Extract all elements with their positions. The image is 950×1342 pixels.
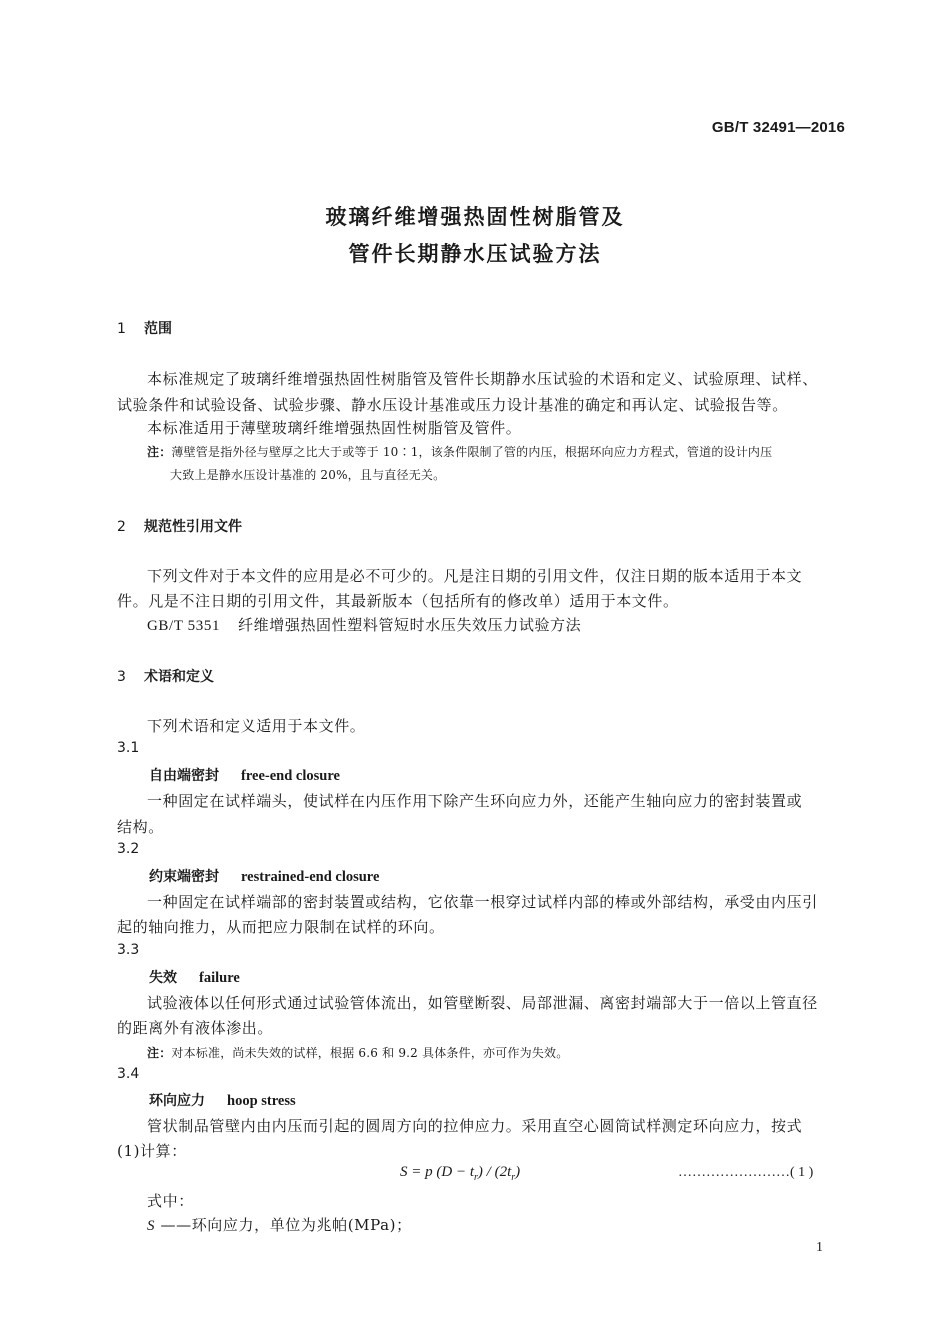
term-en: hoop stress — [227, 1093, 296, 1109]
term-definition-line-2: (1)计算： — [117, 1140, 187, 1161]
term-definition-line-2: 的距离外有液体渗出。 — [117, 1017, 273, 1038]
variable-definition: S ——环向应力，单位为兆帕(MPa)； — [147, 1214, 412, 1235]
terms-intro: 下列术语和定义适用于本文件。 — [147, 715, 365, 736]
references-paragraph-line-2: 件。凡是不注日期的引用文件，其最新版本（包括所有的修改单）适用于本文件。 — [117, 590, 679, 611]
term-en: free-end closure — [241, 768, 340, 784]
term-definition-line-1: 管状制品管壁内由内压而引起的圆周方向的拉伸应力。采用直空心圆筒试样测定环向应力，… — [147, 1115, 802, 1136]
reference-code: GB/T 5351 — [147, 618, 220, 634]
section-number: 1 — [117, 321, 144, 337]
term-number: 3.1 — [117, 740, 139, 756]
references-paragraph-line-1: 下列文件对于本文件的应用是必不可少的。凡是注日期的引用文件，仅注日期的版本适用于… — [147, 565, 802, 586]
section-title: 术语和定义 — [144, 669, 214, 685]
where-label: 式中： — [147, 1190, 194, 1211]
page-number: 1 — [816, 1240, 823, 1256]
section-2-heading: 2规范性引用文件 — [117, 516, 242, 536]
term-number: 3.3 — [117, 942, 139, 958]
equation-number: ……………………( 1 ) — [678, 1165, 813, 1181]
document-title-line-1: 玻璃纤维增强热固性树脂管及 — [0, 201, 950, 231]
term-number: 3.4 — [117, 1066, 139, 1082]
document-title-line-2: 管件长期静水压试验方法 — [0, 238, 950, 268]
term-en: failure — [199, 970, 240, 986]
term-definition-line-2: 起的轴向推力，从而把应力限制在试样的环向。 — [117, 916, 445, 937]
term-zh: 自由端密封 — [149, 768, 219, 784]
reference-title: 纤维增强热固性塑料管短时水压失效压力试验方法 — [238, 616, 581, 634]
term-3-3: 失效failure — [149, 967, 240, 987]
reference-item: GB/T 5351纤维增强热固性塑料管短时水压失效压力试验方法 — [147, 614, 581, 635]
term-3-2: 约束端密封restrained-end closure — [149, 866, 379, 886]
section-title: 范围 — [144, 321, 172, 337]
hoop-stress-formula: S = p (D − tr) / (2tr) — [400, 1164, 520, 1183]
term-definition-line-1: 一种固定在试样端头，使试样在内压作用下除产生环向应力外，还能产生轴向应力的密封装… — [147, 790, 802, 811]
term-definition-line-2: 结构。 — [117, 816, 164, 837]
variable-symbol: S — [147, 1218, 155, 1234]
section-1-heading: 1范围 — [117, 318, 172, 338]
standard-number: GB/T 32491—2016 — [0, 119, 845, 136]
term-en: restrained-end closure — [241, 869, 379, 885]
term-zh: 约束端密封 — [149, 869, 219, 885]
term-3-4: 环向应力hoop stress — [149, 1090, 296, 1110]
note-label: 注： — [147, 445, 171, 459]
scope-applicability: 本标准适用于薄壁玻璃纤维增强热固性树脂管及管件。 — [147, 417, 521, 438]
term-zh: 失效 — [149, 970, 177, 986]
section-number: 3 — [117, 669, 144, 685]
scope-note-line-1: 注：薄壁管是指外径与壁厚之比大于或等于 10∶1，该条件限制了管的内压，根据环向… — [147, 443, 772, 460]
term-3-1: 自由端密封free-end closure — [149, 765, 340, 785]
section-number: 2 — [117, 519, 144, 535]
section-3-heading: 3术语和定义 — [117, 666, 214, 686]
scope-paragraph-line-2: 试验条件和试验设备、试验步骤、静水压设计基准或压力设计基准的确定和再认定、试验报… — [117, 394, 788, 415]
scope-note-line-2: 大致上是静水压设计基准的 20%，且与直径无关。 — [170, 466, 445, 483]
scope-paragraph-line-1: 本标准规定了玻璃纤维增强热固性树脂管及管件长期静水压试验的术语和定义、试验原理、… — [147, 368, 818, 389]
term-definition-line-1: 试验液体以任何形式通过试验管体流出，如管壁断裂、局部泄漏、离密封端部大于一倍以上… — [147, 992, 818, 1013]
variable-description: 环向应力，单位为兆帕(MPa)； — [192, 1216, 412, 1234]
term-zh: 环向应力 — [149, 1093, 205, 1109]
note-label: 注： — [147, 1046, 171, 1060]
section-title: 规范性引用文件 — [144, 519, 242, 535]
term-definition-line-1: 一种固定在试样端部的密封装置或结构，它依靠一根穿过试样内部的棒或外部结构，承受由… — [147, 891, 818, 912]
term-number: 3.2 — [117, 841, 139, 857]
failure-note: 注：对本标准，尚未失效的试样，根据 6.6 和 9.2 具体条件，亦可作为失效。 — [147, 1044, 568, 1061]
